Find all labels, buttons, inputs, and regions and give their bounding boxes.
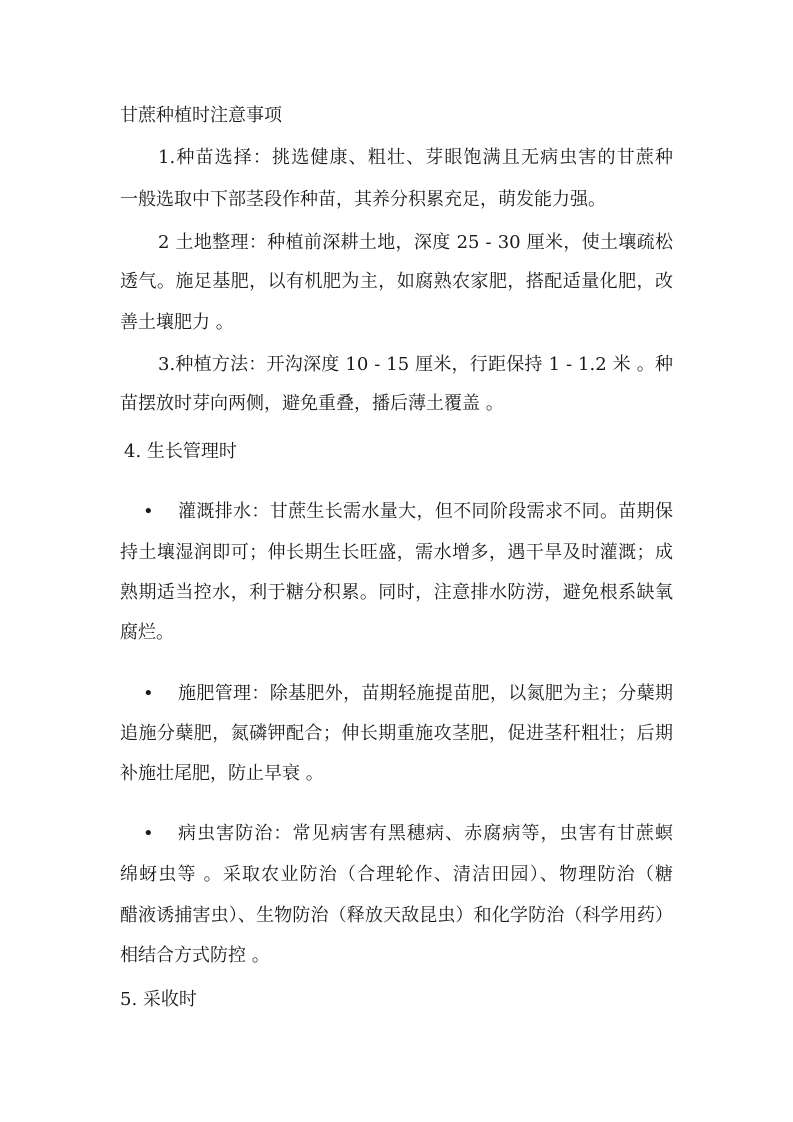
- bullet-pest-control-line-1: 病虫害防治：常见病害有黑穗病、赤腐病等，虫害有甘蔗螟虫、: [178, 822, 673, 846]
- paragraph-seedling-selection-line-1: 1.种苗选择：挑选健康、粗壮、芽眼饱满且无病虫害的甘蔗种茎。: [158, 146, 673, 170]
- bullet-icon: •: [143, 682, 154, 706]
- bullet-irrigation-line-1: 灌溉排水：甘蔗生长需水量大，但不同阶段需求不同。苗期保: [178, 500, 673, 524]
- bullet-fertilization-line-2: 追施分蘖肥，氮磷钾配合；伸长期重施攻茎肥，促进茎秆粗壮；后期: [120, 722, 673, 746]
- bullet-icon: •: [143, 500, 154, 524]
- bullet-icon: •: [143, 822, 154, 846]
- paragraph-land-preparation-line-2: 透气。施足基肥，以有机肥为主，如腐熟农家肥，搭配适量化肥，改: [120, 270, 673, 294]
- heading-harvest: 5. 采收时: [120, 988, 673, 1012]
- bullet-fertilization-line-3: 补施壮尾肥，防止早衰 。: [120, 762, 673, 786]
- bullet-irrigation-line-3: 熟期适当控水，利于糖分积累。同时，注意排水防涝，避免根系缺氧: [120, 581, 673, 605]
- paragraph-land-preparation-line-3: 善土壤肥力 。: [120, 311, 673, 335]
- bullet-pest-control-line-3: 醋液诱捕害虫）、生物防治（释放天敌昆虫）和化学防治（科学用药）: [120, 904, 673, 928]
- paragraph-seedling-selection-line-2: 一般选取中下部茎段作种苗，其养分积累充足，萌发能力强。: [120, 188, 673, 212]
- document-page: 甘蔗种植时注意事项 1.种苗选择：挑选健康、粗壮、芽眼饱满且无病虫害的甘蔗种茎。…: [0, 0, 793, 1122]
- bullet-fertilization-line-1: 施肥管理：除基肥外，苗期轻施提苗肥，以氮肥为主；分蘖期: [178, 682, 673, 706]
- bullet-irrigation-line-4: 腐烂。: [120, 621, 673, 645]
- paragraph-land-preparation-line-1: 2 土地整理：种植前深耕土地，深度 25 - 30 厘米，使土壤疏松: [158, 231, 673, 255]
- document-title: 甘蔗种植时注意事项: [120, 104, 673, 128]
- bullet-pest-control-line-4: 相结合方式防控 。: [120, 944, 673, 968]
- heading-growth-management: 4. 生长管理时: [124, 440, 677, 464]
- bullet-irrigation-line-2: 持土壤湿润即可；伸长期生长旺盛，需水增多，遇干旱及时灌溉；成: [120, 541, 673, 565]
- bullet-pest-control-line-2: 绵蚜虫等 。采取农业防治（合理轮作、清洁田园）、物理防治（糖: [120, 863, 673, 887]
- paragraph-planting-method-line-2: 苗摆放时芽向两侧，避免重叠，播后薄土覆盖 。: [120, 392, 673, 416]
- paragraph-planting-method-line-1: 3.种植方法：开沟深度 10 - 15 厘米，行距保持 1 - 1.2 米 。种: [158, 353, 673, 377]
